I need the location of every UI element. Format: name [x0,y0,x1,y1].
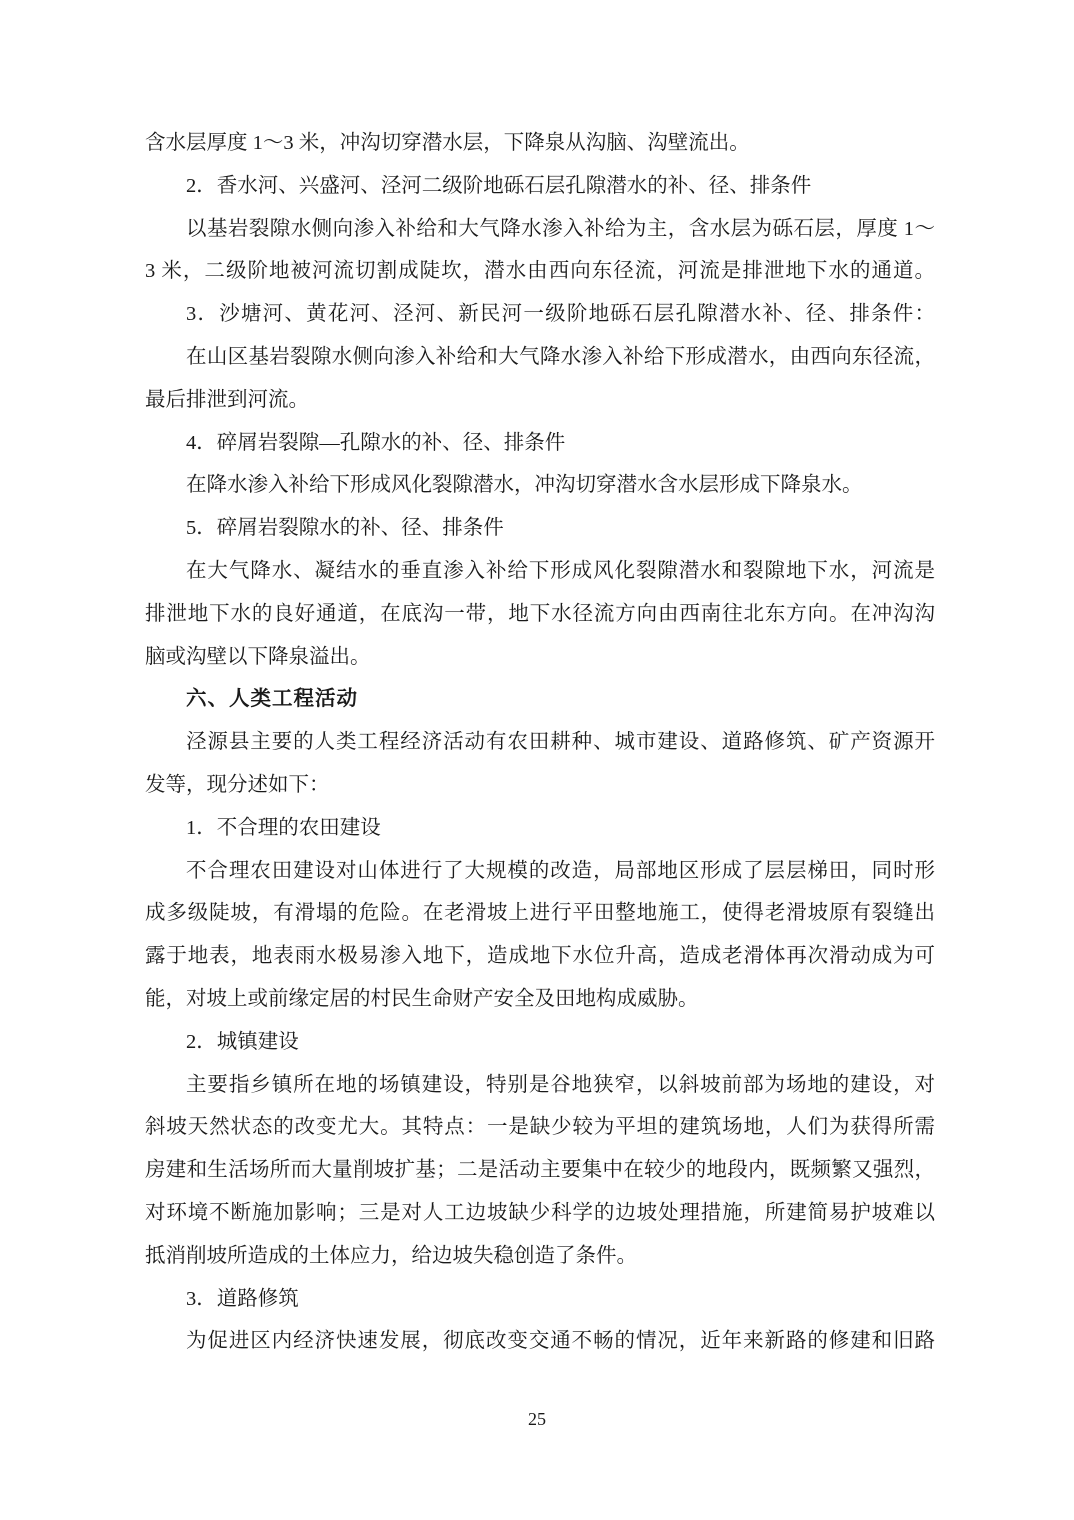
text-line: 最后排泄到河流。 [145,379,935,422]
page-number: 25 [528,1409,546,1429]
text-line: 发等，现分述如下： [145,764,935,807]
document-page: 含水层厚度 1～3 米，冲沟切穿潜水层，下降泉从沟脑、沟壁流出。2．香水河、兴盛… [0,0,1074,1520]
text-line: 对环境不断施加影响；三是对人工边坡缺少科学的边坡处理措施，所建简易护坡难以 [145,1192,935,1235]
text-line: 4．碎屑岩裂隙—孔隙水的补、径、排条件 [145,422,935,465]
text-line: 能，对坡上或前缘定居的村民生命财产安全及田地构成威胁。 [145,978,935,1021]
text-line: 为促进区内经济快速发展，彻底改变交通不畅的情况，近年来新路的修建和旧路 [145,1320,935,1363]
text-line: 露于地表，地表雨水极易渗入地下，造成地下水位升高，造成老滑体再次滑动成为可 [145,935,935,978]
section-heading: 六、人类工程活动 [145,678,935,721]
text-line: 以基岩裂隙水侧向渗入补给和大气降水渗入补给为主，含水层为砾石层，厚度 1～ [145,208,935,251]
text-line: 3．沙塘河、黄花河、泾河、新民河一级阶地砾石层孔隙潜水补、径、排条件： [145,293,935,336]
text-line: 在降水渗入补给下形成风化裂隙潜水，冲沟切穿潜水含水层形成下降泉水。 [145,464,935,507]
text-line: 房建和生活场所而大量削坡扩基；二是活动主要集中在较少的地段内，既频繁又强烈， [145,1149,935,1192]
text-line: 在山区基岩裂隙水侧向渗入补给和大气降水渗入补给下形成潜水，由西向东径流， [145,336,935,379]
text-line: 排泄地下水的良好通道，在底沟一带，地下水径流方向由西南往北东方向。在冲沟沟 [145,593,935,636]
text-line: 成多级陡坡，有滑塌的危险。在老滑坡上进行平田整地施工，使得老滑坡原有裂缝出 [145,892,935,935]
text-line: 含水层厚度 1～3 米，冲沟切穿潜水层，下降泉从沟脑、沟壁流出。 [145,122,935,165]
text-line: 2．城镇建设 [145,1021,935,1064]
text-line: 泾源县主要的人类工程经济活动有农田耕种、城市建设、道路修筑、矿产资源开 [145,721,935,764]
text-line: 主要指乡镇所在地的场镇建设，特别是谷地狭窄，以斜坡前部为场地的建设，对 [145,1064,935,1107]
text-line: 3 米，二级阶地被河流切割成陡坎，潜水由西向东径流，河流是排泄地下水的通道。 [145,250,935,293]
text-line: 5．碎屑岩裂隙水的补、径、排条件 [145,507,935,550]
page-footer: 25 [0,1407,1074,1431]
text-line: 3．道路修筑 [145,1278,935,1321]
text-line: 脑或沟壁以下降泉溢出。 [145,636,935,679]
text-line: 在大气降水、凝结水的垂直渗入补给下形成风化裂隙潜水和裂隙地下水，河流是 [145,550,935,593]
text-line: 不合理农田建设对山体进行了大规模的改造，局部地区形成了层层梯田，同时形 [145,850,935,893]
text-line: 1．不合理的农田建设 [145,807,935,850]
text-line: 斜坡天然状态的改变尤大。其特点：一是缺少较为平坦的建筑场地，人们为获得所需 [145,1106,935,1149]
document-body: 含水层厚度 1～3 米，冲沟切穿潜水层，下降泉从沟脑、沟壁流出。2．香水河、兴盛… [145,122,935,1363]
text-line: 抵消削坡所造成的土体应力，给边坡失稳创造了条件。 [145,1235,935,1278]
text-line: 2．香水河、兴盛河、泾河二级阶地砾石层孔隙潜水的补、径、排条件 [145,165,935,208]
